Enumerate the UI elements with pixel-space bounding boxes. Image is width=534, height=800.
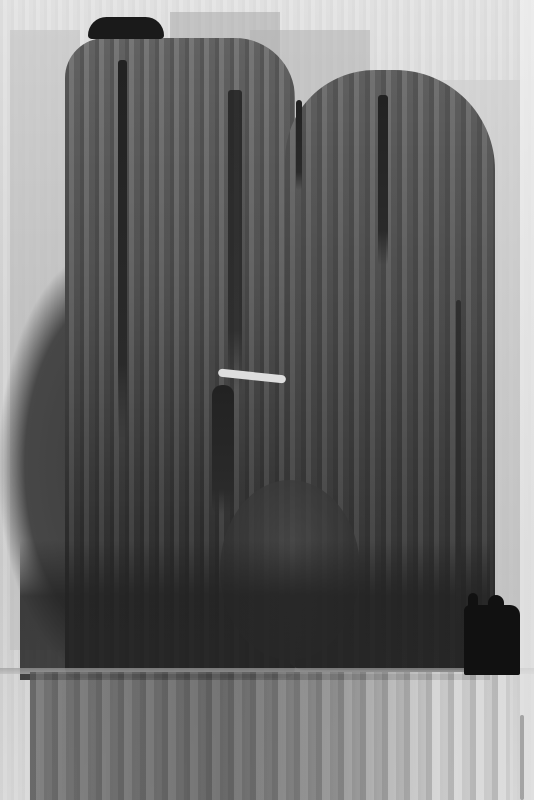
ink-drip bbox=[456, 300, 461, 630]
ink-drip bbox=[118, 60, 127, 440]
dark-block-bottom-right bbox=[464, 605, 520, 675]
ink-drip bbox=[228, 90, 242, 390]
dark-top-cap bbox=[88, 17, 164, 39]
dark-bottom-mass bbox=[20, 540, 490, 680]
ink-drip bbox=[296, 100, 302, 190]
reflection-band bbox=[30, 672, 510, 800]
ink-drip bbox=[212, 385, 234, 515]
painting-canvas: Grayscale abstract ink-wash painting wit… bbox=[0, 0, 534, 800]
image-description: Grayscale abstract ink-wash painting wit… bbox=[0, 0, 1, 1]
bright-right-edge bbox=[520, 0, 534, 800]
ink-drip bbox=[378, 95, 388, 265]
